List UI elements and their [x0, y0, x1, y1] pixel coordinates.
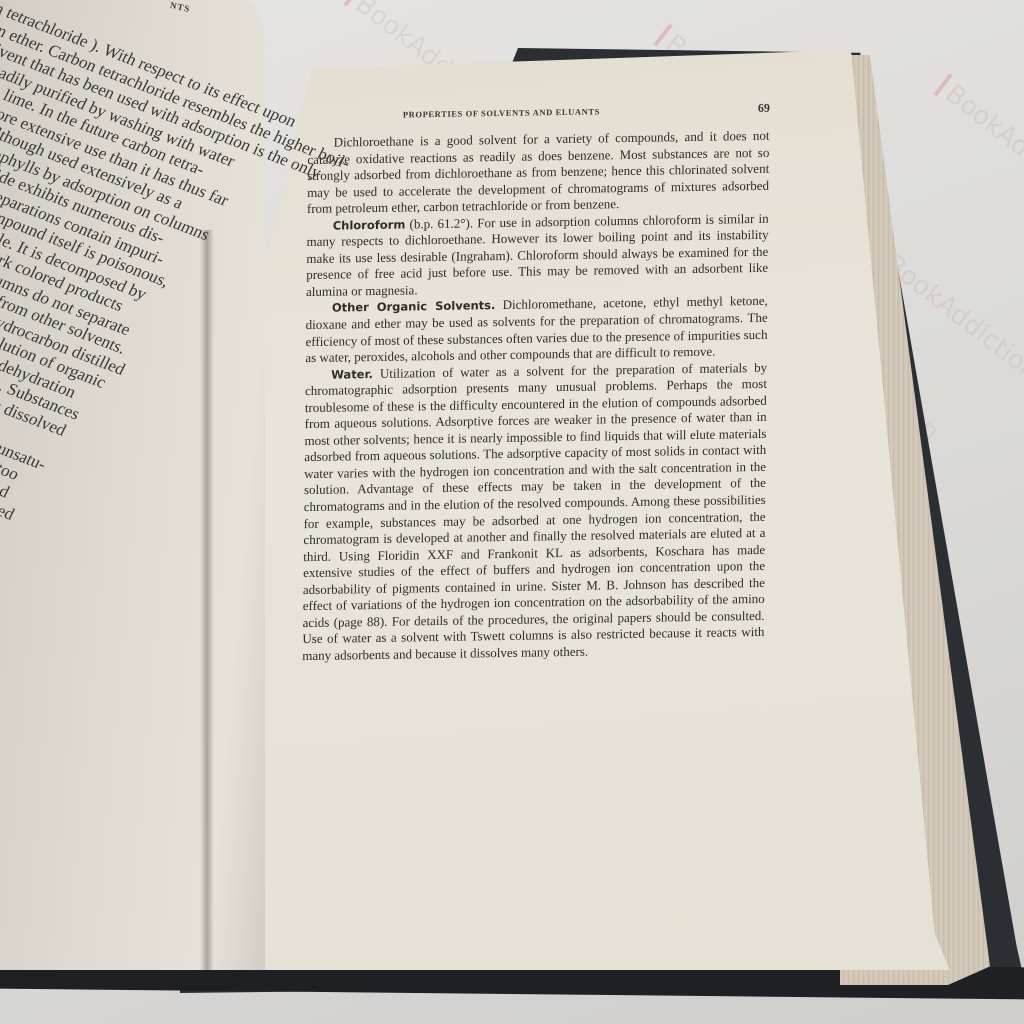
paragraph-text: Dichloroethane is a good solvent for a v…: [307, 128, 770, 216]
paragraph-heading: Chloroform: [333, 217, 406, 232]
running-head-title: PROPERTIES OF SOLVENTS AND ELUANTS: [403, 106, 600, 119]
paragraph-heading: Water.: [331, 367, 373, 382]
page-number: 69: [758, 101, 770, 116]
paragraph-chloroform: Chloroform (b.p. 61.2°). For use in adso…: [306, 211, 769, 301]
paragraph-heading: Other Organic Solvents.: [332, 299, 496, 316]
right-page-text: PROPERTIES OF SOLVENTS AND ELUANTS 69 Di…: [302, 101, 770, 665]
paragraph-water: Water. Utilization of water as a solvent…: [302, 359, 767, 664]
paragraph-dichloroethane: Dichloroethane is a good solvent for a v…: [307, 128, 770, 218]
paragraph-text: Utilization of water as a solvent for th…: [302, 359, 767, 663]
paragraph-other-organic-solvents: Other Organic Solvents. Dichloromethane,…: [305, 293, 768, 366]
book-gutter: [200, 230, 214, 970]
